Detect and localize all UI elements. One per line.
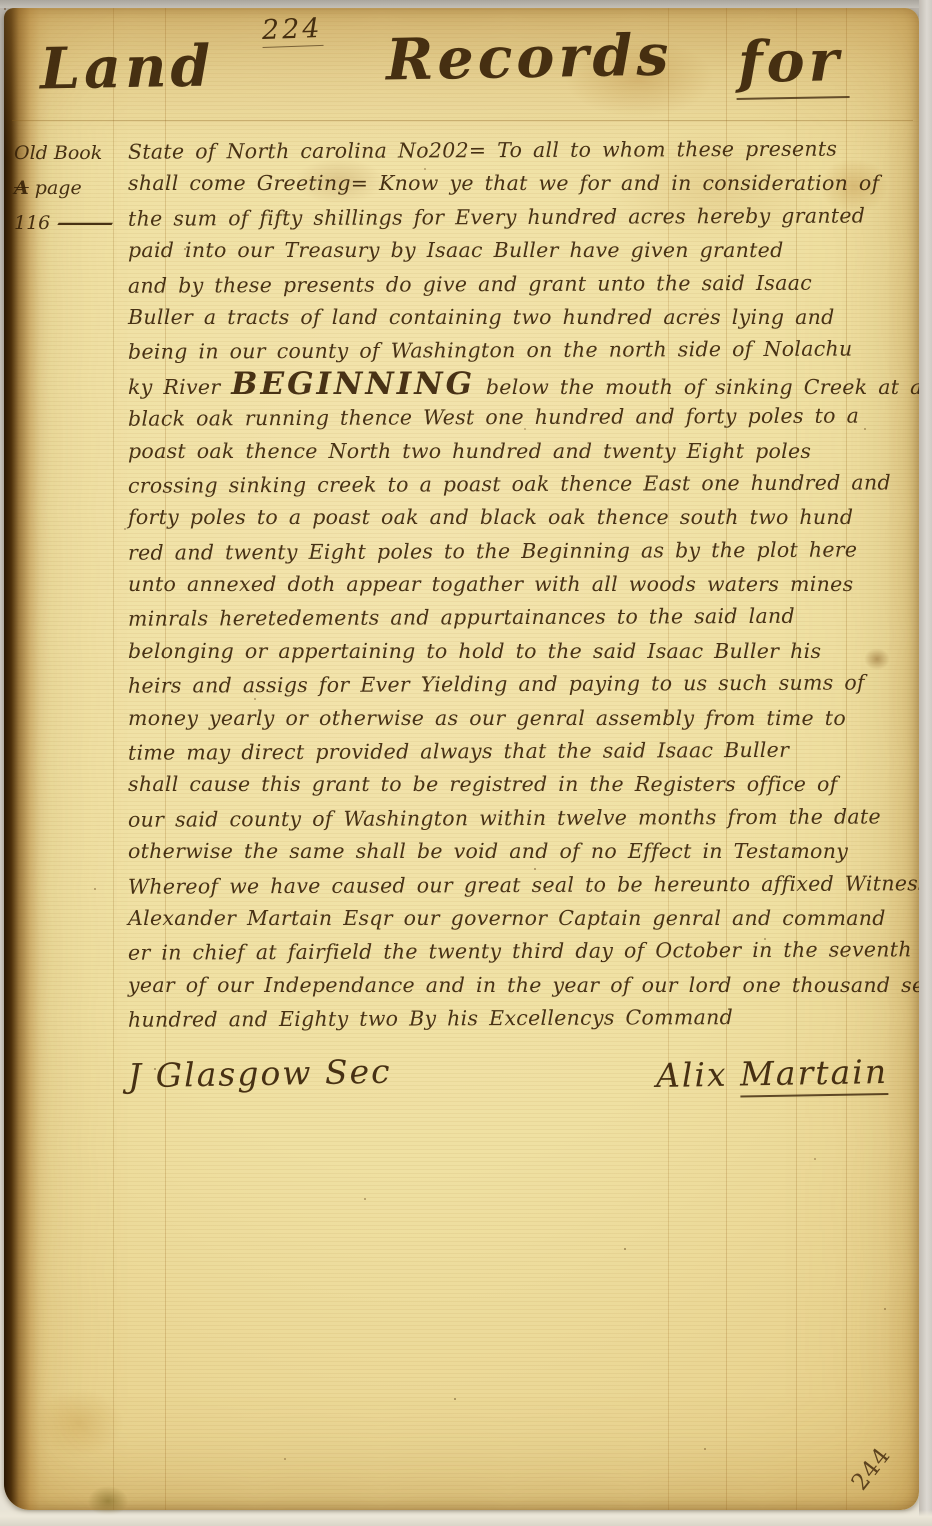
governor-signature: Alix Martain [656,1052,889,1095]
manuscript-line: shall cause this grant to be registred i… [128,768,914,801]
manuscript-line: being in our county of Washington on the… [128,333,914,370]
manuscript-line: paid into our Treasury by Isaac Buller h… [128,234,914,267]
scanned-document: { "document": { "header": { "folio_numbe… [0,0,932,1526]
manuscript-line: minrals heretedements and appurtainances… [128,600,914,637]
manuscript-line: money yearly or otherwise as our genral … [128,702,914,735]
manuscript-line: er in chief at fairfield the twenty thir… [128,934,914,971]
manuscript-line: crossing sinking creek to a poast oak th… [128,466,914,503]
signature-row: J Glasgow Sec Alix Martain [128,1054,888,1093]
manuscript-line: Alexander Martain Esqr our governor Capt… [128,902,914,935]
manuscript-line: our said county of Washington within twe… [128,800,914,837]
manuscript-line: heirs and assigs for Ever Yielding and p… [128,667,914,704]
page-number-value: 116 [14,212,50,234]
scanner-edge-bottom [0,1510,932,1526]
manuscript-line: belonging or appertaining to hold to the… [128,635,914,668]
governor-last-name: Martain [740,1052,889,1098]
manuscript-line: black oak running thence West one hundre… [128,399,914,436]
manuscript-line: unto annexed doth appear togather with a… [128,568,914,601]
margin-note-page-number: 116— [14,206,126,241]
manuscript-line: shall come Greeting= Know ye that we for… [128,167,914,200]
folio-number: 224 [261,13,323,48]
page-word: page [35,177,82,199]
manuscript-line: and by these presents do give and grant … [128,266,914,303]
manuscript-line: poast oak thence North two hundred and t… [128,435,914,468]
governor-first-name: Alix [656,1055,728,1095]
scanner-edge-right [919,0,932,1526]
manuscript-line: hundred and Eighty two By his Excellency… [128,1000,914,1037]
manuscript-page: 224 Land Records for Old Book A page 116… [4,8,919,1510]
manuscript-line: Whereof we have caused our great seal to… [128,867,914,904]
header-title-land: Land [39,32,214,102]
header-title-for: for [735,27,849,100]
scanner-edge-top [0,0,932,8]
manuscript-line: State of North carolina No202= To all to… [128,132,914,169]
margin-note: Old Book A page 116— [14,136,126,241]
beginning-emphasis: BEGINNING [231,366,475,402]
manuscript-line: ky River BEGINNING below the mouth of si… [128,368,914,401]
paper-specks [4,8,6,10]
stain [34,1388,124,1458]
struck-letter: A [14,177,29,199]
manuscript-line: forty poles to a poast oak and black oak… [128,501,914,534]
header-rule [12,120,913,121]
document-body: State of North carolina No202= To all to… [128,134,914,1036]
manuscript-line: Buller a tracts of land containing two h… [128,301,914,334]
manuscript-line: year of our Independance and in the year… [128,969,914,1002]
manuscript-line: time may direct provided always that the… [128,733,914,770]
manuscript-line: red and twenty Eight poles to the Beginn… [128,533,914,570]
corner-page-number: 244 [847,1443,896,1496]
manuscript-line: otherwise the same shall be void and of … [128,835,914,868]
manuscript-line: the sum of fifty shillings for Every hun… [128,199,914,236]
margin-note-letter-page: A page [14,171,126,206]
secretary-signature: J Glasgow Sec [128,1052,392,1096]
header-title-records: Records [385,22,672,94]
margin-note-book: Old Book [14,136,126,171]
margin-dash: — [55,206,116,241]
